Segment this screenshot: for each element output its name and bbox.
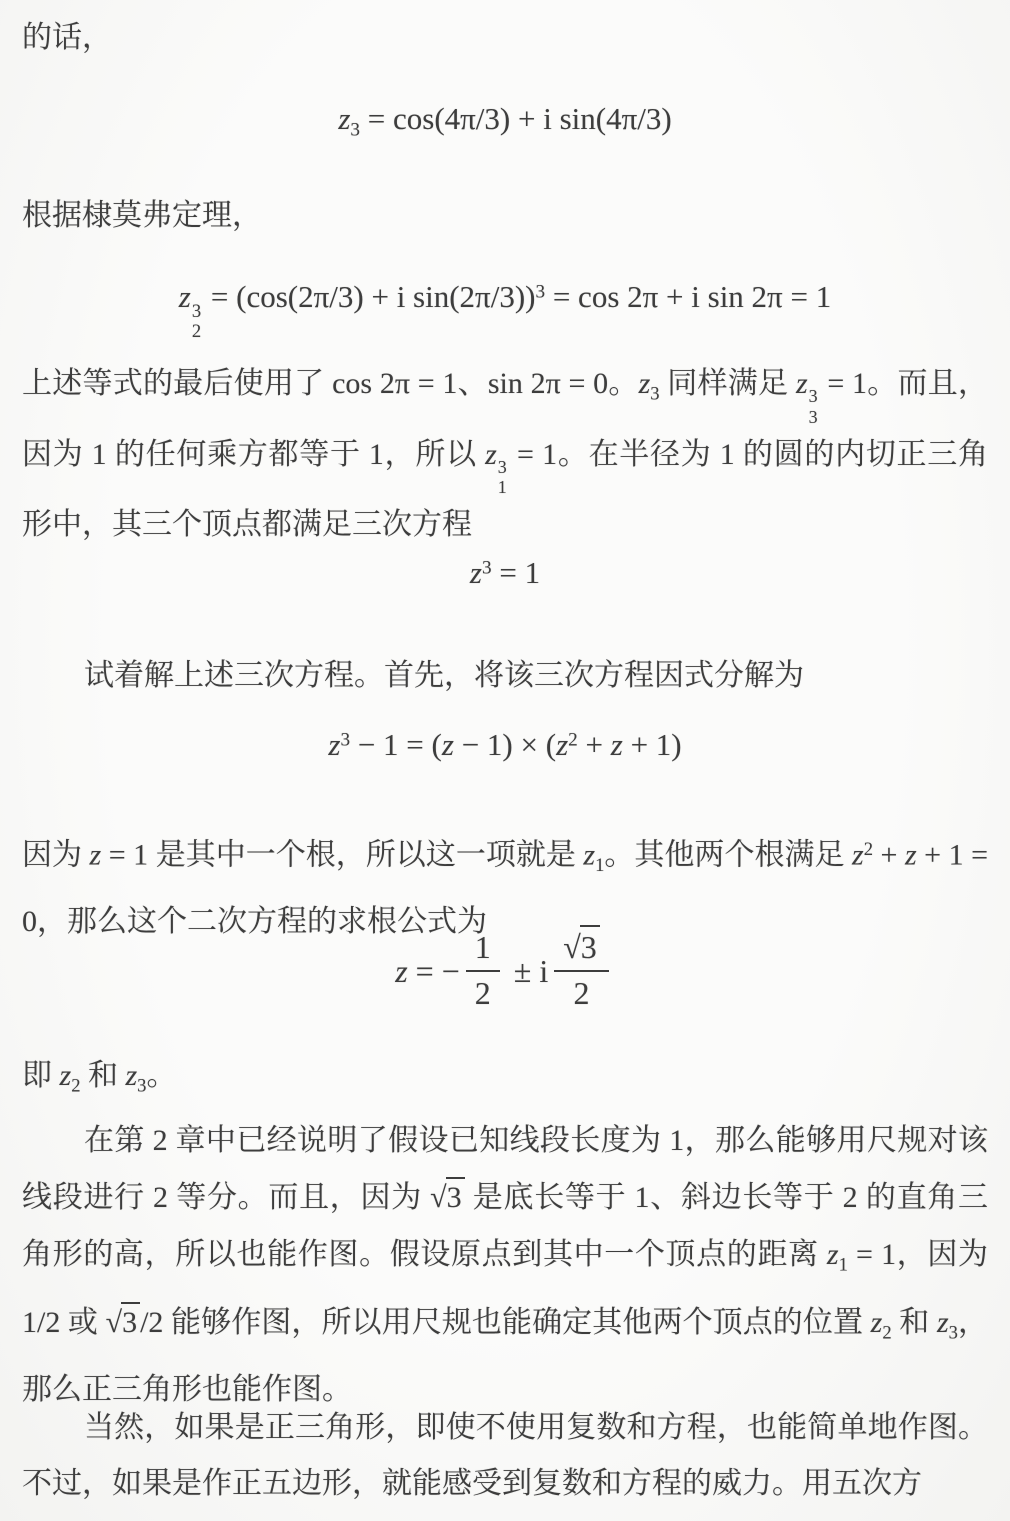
text-run: 即 xyxy=(22,1059,60,1092)
math-variable: z xyxy=(937,1306,949,1339)
math-supsub: 33 xyxy=(809,386,818,426)
math-superscript: 3 xyxy=(498,457,507,477)
math-subscript: 3 xyxy=(350,120,360,141)
fraction-denominator: 2 xyxy=(574,972,590,1012)
text-run: = 1 是其中一个根，所以这一项就是 xyxy=(101,838,583,871)
math-variable: z xyxy=(125,1059,137,1092)
text-run: 当然，如果是正三角形，即使不使用复数和方程，也能简单地作图。不过，如果是作正五边… xyxy=(22,1411,988,1500)
text-run: 能够作图，所以用尺规也能确定其他两个顶点的位置 xyxy=(163,1306,870,1339)
math-run: = (cos(2π/3) + i sin(2π/3)) xyxy=(203,279,535,314)
sqrt-radicand: 3 xyxy=(121,1302,140,1339)
paragraph-chapter2-construction: 在第 2 章中已经说明了假设已知线段长度为 1，那么能够用尺规对该线段进行 2 … xyxy=(22,1112,988,1418)
text-run: 。 xyxy=(146,1059,176,1092)
math-run: + 1) xyxy=(623,727,682,762)
sqrt-sign: √ xyxy=(430,1181,446,1214)
math-variable: z xyxy=(827,1238,839,1271)
text-run: 和 xyxy=(80,1059,125,1092)
math-subscript: 3 xyxy=(809,407,818,427)
math-variable: z xyxy=(395,953,407,989)
math-run: = cos(4π/3) + i sin(4π/3) xyxy=(360,101,672,136)
math-subscript: 1 xyxy=(498,477,507,497)
formula-z2-cubed: z32 = (cos(2π/3) + i sin(2π/3))3 = cos 2… xyxy=(22,278,988,343)
math-variable: z xyxy=(871,1306,883,1339)
math-variable: z xyxy=(179,279,191,314)
paragraph-dehua: 的话， xyxy=(22,10,988,66)
text-run: 同样满足 xyxy=(660,367,796,400)
math-variable: z xyxy=(905,838,917,871)
formula-factorization: z3 − 1 = (z − 1) × (z2 + z + 1) xyxy=(22,726,988,765)
sqrt-radicand: 3 xyxy=(580,925,600,965)
math-superscript: 3 xyxy=(809,386,818,406)
text-run: 和 xyxy=(892,1306,937,1339)
text-run: 因为 xyxy=(22,838,90,871)
math-subscript: 2 xyxy=(192,322,201,343)
paragraph-de-moivre: 根据棣莫弗定理， xyxy=(22,188,988,244)
math-variable: z xyxy=(338,101,350,136)
paragraph-z2-z3: 即 z2 和 z3。 xyxy=(22,1048,988,1115)
text-run: 试着解上述三次方程。首先，将该三次方程因式分解为 xyxy=(84,659,804,692)
sqrt-expression: √3 xyxy=(430,1181,464,1214)
paragraph-roots: 因为 z = 1 是其中一个根，所以这一项就是 z1。其他两个根满足 z2 + … xyxy=(22,822,988,950)
math-subscript: 1 xyxy=(595,855,604,876)
fraction-numerator: 1 xyxy=(466,930,500,972)
math-variable: z xyxy=(328,727,340,762)
math-subscript: 1 xyxy=(839,1255,848,1276)
text-run: 根据棣莫弗定理， xyxy=(22,199,262,232)
math-variable: z xyxy=(90,838,102,871)
math-superscript: 2 xyxy=(568,729,578,750)
math-variable: z xyxy=(796,367,808,400)
math-run: = 1 xyxy=(492,555,540,590)
math-variable: z xyxy=(485,438,497,471)
text-run: + xyxy=(873,838,905,871)
sqrt-expression: √3 xyxy=(106,1306,140,1339)
math-run: = − xyxy=(408,953,460,989)
math-run: − 1) × ( xyxy=(454,727,556,762)
math-variable: z xyxy=(639,367,651,400)
math-superscript: 2 xyxy=(864,839,873,860)
fraction: 12 xyxy=(466,930,500,1012)
fraction: √32 xyxy=(554,930,609,1012)
math-run: + xyxy=(578,727,611,762)
math-superscript: 3 xyxy=(535,281,545,302)
math-variable: z xyxy=(556,727,568,762)
fraction-numerator: √3 xyxy=(554,930,609,972)
math-superscript: 3 xyxy=(340,729,350,750)
formula-quadratic-roots: z = −12 ± i√32 xyxy=(22,934,988,1016)
math-variable: z xyxy=(583,838,595,871)
formula-z3-definition: z3 = cos(4π/3) + i sin(4π/3) xyxy=(22,100,988,143)
math-subscript: 3 xyxy=(949,1322,958,1343)
formula-z-cubed-equals-1: z3 = 1 xyxy=(22,554,988,593)
math-subscript: 2 xyxy=(882,1322,891,1343)
math-superscript: 3 xyxy=(192,302,201,323)
math-superscript: 3 xyxy=(482,557,492,578)
math-variable: z xyxy=(852,838,864,871)
sqrt-radicand: 3 xyxy=(446,1177,465,1214)
math-run: = cos 2π + i sin 2π = 1 xyxy=(545,279,831,314)
math-variable: z xyxy=(611,727,623,762)
paragraph-equality-explanation: 上述等式的最后使用了 cos 2π = 1、sin 2π = 0。z3 同样满足… xyxy=(22,356,988,553)
math-subscript: 3 xyxy=(650,384,659,405)
sqrt-sign: √ xyxy=(563,929,581,965)
math-variable: z xyxy=(470,555,482,590)
math-variable: z xyxy=(442,727,454,762)
text-run: 的话， xyxy=(22,21,112,54)
text-run: 。其他两个根满足 xyxy=(604,838,852,871)
paragraph-pentagon: 当然，如果是正三角形，即使不使用复数和方程，也能简单地作图。不过，如果是作正五边… xyxy=(22,1400,988,1512)
text-run: /2 xyxy=(140,1306,163,1339)
paragraph-solve-cubic: 试着解上述三次方程。首先，将该三次方程因式分解为 xyxy=(22,648,988,704)
math-run: − 1 = ( xyxy=(350,727,442,762)
sqrt-sign: √ xyxy=(106,1306,122,1339)
fraction-denominator: 2 xyxy=(475,972,491,1012)
text-run: 上述等式的最后使用了 cos 2π = 1、sin 2π = 0。 xyxy=(22,367,639,400)
math-supsub: 31 xyxy=(498,457,507,497)
book-page: 的话， z3 = cos(4π/3) + i sin(4π/3) 根据棣莫弗定理… xyxy=(0,0,1010,1521)
math-variable: z xyxy=(60,1059,72,1092)
math-run: ± i xyxy=(506,953,548,989)
math-supsub: 32 xyxy=(192,302,201,344)
